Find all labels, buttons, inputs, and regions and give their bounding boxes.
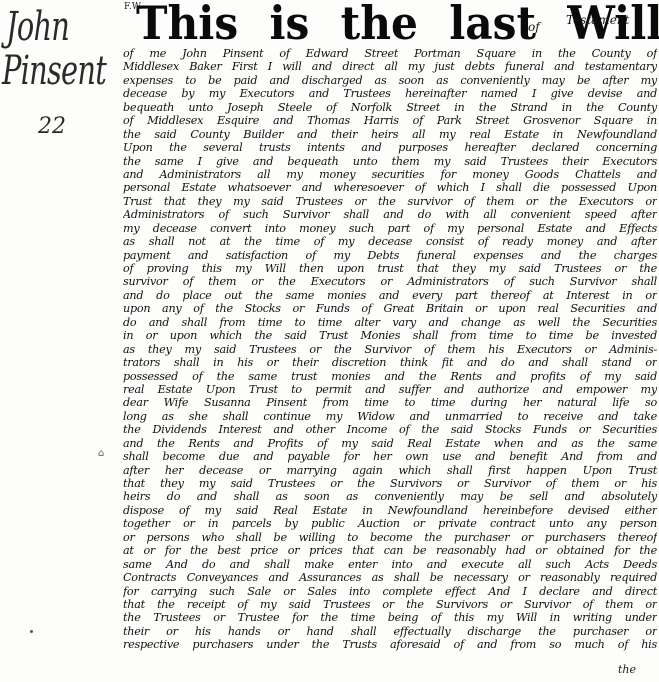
text-line: Contracts Conveyances and Assurances as … — [123, 571, 657, 584]
text-line: upon any of the Stocks or Funds of Great… — [123, 302, 657, 315]
will-manuscript-page: John Pinsent 22 ⌂ F.W. This is the last … — [0, 0, 659, 682]
text-line: respective purchasers under the Trusts a… — [123, 638, 657, 651]
text-line: Administrators of such Survivor shall an… — [123, 208, 657, 221]
margin-testator-first-name: John — [6, 4, 69, 50]
text-line: of me John Pinsent of Edward Street Port… — [123, 47, 657, 60]
text-line: dispose of my said Real Estate in Newfou… — [123, 504, 657, 517]
text-line: and Administrators all my money securiti… — [123, 168, 657, 181]
text-line: personal Estate whatsoever and wheresoev… — [123, 181, 657, 194]
text-line: same And do and shall make enter into an… — [123, 558, 657, 571]
text-line: their or his hands or hand shall effectu… — [123, 625, 657, 638]
ink-speck — [30, 630, 33, 633]
text-line: dear Wife Susanna Pinsent from time to t… — [123, 396, 657, 409]
margin-entry-number: 22 — [38, 114, 66, 139]
margin-testator-last-name: Pinsent — [2, 48, 106, 94]
text-line: that they my said Trustees or the Surviv… — [123, 477, 657, 490]
text-line: my decease convert into money such part … — [123, 222, 657, 235]
text-line: together or in parcels by public Auction… — [123, 517, 657, 530]
text-line: shall become due and payable for her own… — [123, 450, 657, 463]
text-line: at or for the best price or prices that … — [123, 544, 657, 557]
text-line: survivor of them or the Executors or Adm… — [123, 275, 657, 288]
text-line: as shall not at the time of my decease c… — [123, 235, 657, 248]
text-line: payment and satisfaction of my Debts fun… — [123, 249, 657, 262]
text-line: possessed of the same trust monies and t… — [123, 370, 657, 383]
text-line: do and shall from time to time alter var… — [123, 316, 657, 329]
text-line: real Estate Upon Trust to permit and suf… — [123, 383, 657, 396]
text-line: in or upon which the said Trust Monies s… — [123, 329, 657, 342]
text-line: long as she shall continue my Widow and … — [123, 410, 657, 423]
text-line: Middlesex Baker First I will and direct … — [123, 60, 657, 73]
heading-testament: Testament — [566, 13, 629, 27]
margin-ink-mark-icon: ⌂ — [98, 448, 104, 459]
text-line: and do place out the same monies and eve… — [123, 289, 657, 302]
text-line: that the receipt of my said Trustees or … — [123, 598, 657, 611]
text-line: or persons who shall be willing to becom… — [123, 531, 657, 544]
text-line: Trust that they my said Trustees or the … — [123, 195, 657, 208]
text-line: the Trustees or Trustee for the time bei… — [123, 611, 657, 624]
text-line: and the Rents and Profits of my said Rea… — [123, 437, 657, 450]
text-line: the Dividends Interest and other Income … — [123, 423, 657, 436]
text-line: the said County Builder and their heirs … — [123, 128, 657, 141]
catchword: the — [618, 663, 636, 676]
text-line: decease by my Executors and Trustees her… — [123, 87, 657, 100]
text-line: expenses to be paid and discharged as so… — [123, 74, 657, 87]
text-line: of proving this my Will then upon trust … — [123, 262, 657, 275]
text-line: as they my said Trustees or the Survivor… — [123, 343, 657, 356]
text-line: for carrying such Sale or Sales into com… — [123, 585, 657, 598]
text-line: of Middlesex Esquire and Thomas Harris o… — [123, 114, 657, 127]
will-body-text: of me John Pinsent of Edward Street Port… — [123, 47, 657, 652]
text-line: bequeath unto Joseph Steele of Norfolk S… — [123, 101, 657, 114]
text-line: the same I give and bequeath unto them m… — [123, 155, 657, 168]
heading-of: of — [528, 20, 540, 34]
text-line: trators shall in his or their discretion… — [123, 356, 657, 369]
text-line: after her decease or marrying again whic… — [123, 464, 657, 477]
text-line: Upon the several trusts intents and purp… — [123, 141, 657, 154]
text-line: heirs do and shall as soon as convenient… — [123, 490, 657, 503]
